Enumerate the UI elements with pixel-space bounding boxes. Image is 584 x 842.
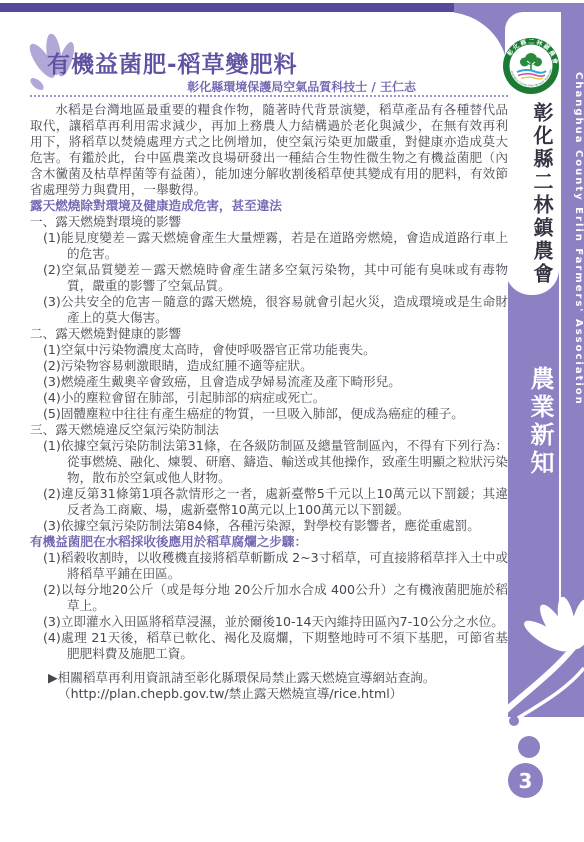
content-num: (2)空氣品質變差－露天燃燒時會產生諸多空氣污染物，其中可能有臭味或有毒物質，嚴… xyxy=(30,262,508,294)
article-body: 水稻是台灣地區最重要的糧食作物，隨著時代背景演變，稻草產品有各種替代品取代，讓稻… xyxy=(30,102,508,702)
content-note: ▶相關稻草再利用資訊請至彰化縣環保局禁止露天燃燒宣導網站查詢。 xyxy=(30,670,508,686)
content-num: (2)違反第31條第1項各款情形之一者，處新臺幣5千元以上10萬元以下罰鍰；其違… xyxy=(30,486,508,518)
org-name-vertical: 彰化縣二林鎮農會 xyxy=(507,102,557,286)
farmers-association-logo-icon: 彰化縣二林鎮農會 Changhua County Erlin Farmers' … xyxy=(502,37,560,95)
content-subtitle: 一、露天燃燒對環境的影響 xyxy=(30,214,508,230)
content-subtitle: 三、露天燃燒違反空氣污染防制法 xyxy=(30,422,508,438)
content-num: (1)能見度變差－露天燃燒會產生大量煙霧，若是在道路旁燃燒，會造成道路行車上的危… xyxy=(30,230,508,262)
section-label-vertical: 農業新知 xyxy=(510,366,558,478)
dot-decoration-small xyxy=(509,716,519,726)
org-name-english-vertical: Changhua County Erlin Farmers' Associati… xyxy=(560,72,584,632)
content-num: (5)固體塵粒中往往有產生癌症的物質，一旦吸入肺部，便成為癌症的種子。 xyxy=(30,406,508,422)
content-num: (4)處理 21天後，稻草已軟化、褐化及腐爛，下期整地時可不須下基肥，可節省基肥… xyxy=(30,630,508,662)
leaf-decoration-icon xyxy=(502,588,584,722)
content-subtitle: 二、露天燃燒對健康的影響 xyxy=(30,326,508,342)
content-num: (1)空氣中污染物濃度太高時，會使呼吸器官正常功能喪失。 xyxy=(30,342,508,358)
content-num: (2)污染物容易刺激眼睛，造成紅腫不適等症狀。 xyxy=(30,358,508,374)
content-heading: 有機益菌肥在水稻採收後應用於稻草腐爛之步驟： xyxy=(30,534,508,550)
bulletin-page: { "header": { "title": "有機益菌肥-稻草變肥料", "a… xyxy=(0,0,584,842)
content-num: (1)稻穀收割時，以收穫機直接將稻草斬斷成 2~3寸稻草，可直接將稻草拌入土中或… xyxy=(30,550,508,582)
content-num: (1)依據空氣污染防制法第31條，在各級防制區及總量管制區內，不得有下列行為：從… xyxy=(30,438,508,486)
content-num: (3)立即灌水入田區將稻草浸濕，並於爾後10-14天內維持田區內7-10公分之水… xyxy=(30,614,508,630)
content-num: (2)以每分地20公斤（或是每分地 20公斤加水合成 400公升）之有機液菌肥施… xyxy=(30,582,508,614)
page-number-badge: 3 xyxy=(508,763,543,798)
content-num: (3)依據空氣污染防制法第84條，各種污染源，對學校有影響者，應從重處罰。 xyxy=(30,518,508,534)
content-heading: 露天燃燒除對環境及健康造成危害，甚至違法 xyxy=(30,198,508,214)
content-num: (3)燃燒產生戴奧辛會致癌，且會造成孕婦易流產及產下畸形兒。 xyxy=(30,374,508,390)
dot-decoration-medium xyxy=(518,736,540,758)
content-num: (4)小的塵粒會留在肺部，引起肺部的病症或死亡。 xyxy=(30,390,508,406)
dotted-rule xyxy=(30,95,508,97)
page-title: 有機益菌肥-稻草變肥料 xyxy=(47,46,298,79)
content-num: (3)公共安全的危害－隨意的露天燃燒，很容易就會引起火災，造成環境或是生命財產上… xyxy=(30,294,508,326)
content-intro: 水稻是台灣地區最重要的糧食作物，隨著時代背景演變，稻草產品有各種替代品取代，讓稻… xyxy=(30,102,508,198)
author-line: 彰化縣環境保護局空氣品質科技士 / 王仁志 xyxy=(0,78,416,95)
content-url: （http://plan.chepb.gov.tw/禁止露天燃燒宣導/rice.… xyxy=(30,686,508,702)
